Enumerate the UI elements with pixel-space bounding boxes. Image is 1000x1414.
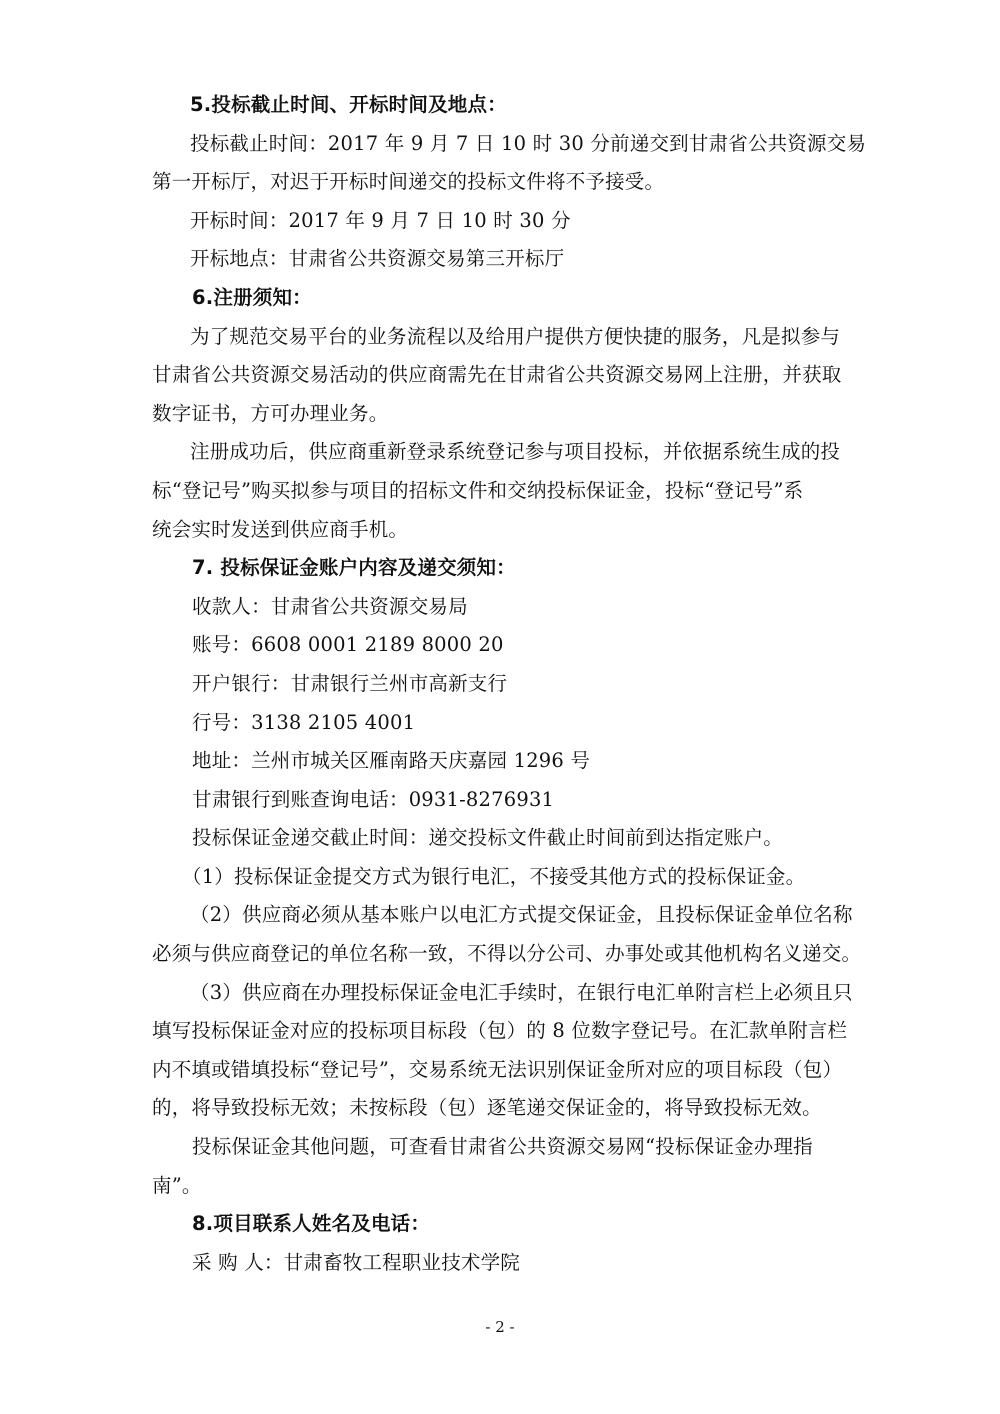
registration-paragraph-1: 数字证书，方可办理业务。 — [152, 395, 848, 434]
account-number: 账号：6608 0001 2189 8000 20 — [152, 626, 848, 665]
bid-deadline: 投标截止时间：2017 年 9 月 7 日 10 时 30 分前递交到甘肃省公共… — [152, 125, 848, 164]
rule-item-3: 的，将导致投标无效；未按标段（包）逐笔递交保证金的，将导致投标无效。 — [152, 1089, 848, 1128]
other-issues: 南”。 — [152, 1167, 848, 1206]
opening-time: 开标时间：2017 年 9 月 7 日 10 时 30 分 — [152, 202, 848, 241]
section-7-heading: 7. 投标保证金账户内容及递交须知： — [152, 549, 848, 588]
rule-item-3: 填写投标保证金对应的投标项目标段（包）的 8 位数字登记号。在汇款单附言栏 — [152, 1012, 848, 1051]
bank-phone: 甘肃银行到账查询电话：0931-8276931 — [152, 781, 848, 820]
opening-place: 开标地点：甘肃省公共资源交易第三开标厅 — [152, 240, 848, 279]
section-6-heading: 6.注册须知： — [152, 279, 848, 318]
bank-address: 地址：兰州市城关区雁南路天庆嘉园 1296 号 — [152, 742, 848, 781]
registration-paragraph-2: 统会实时发送到供应商手机。 — [152, 511, 848, 550]
rule-item-2: 必须与供应商登记的单位名称一致，不得以分公司、办事处或其他机构名义递交。 — [152, 935, 848, 974]
section-5-heading: 5.投标截止时间、开标时间及地点： — [152, 86, 848, 125]
rule-item-3: （3）供应商在办理投标保证金电汇手续时，在银行电汇单附言栏上必须且只 — [152, 974, 848, 1013]
section-8-heading: 8.项目联系人姓名及电话： — [152, 1205, 848, 1244]
other-issues: 投标保证金其他问题，可查看甘肃省公共资源交易网“投标保证金办理指 — [152, 1128, 848, 1167]
bank-number: 行号：3138 2105 4001 — [152, 704, 848, 743]
registration-paragraph-1: 为了规范交易平台的业务流程以及给用户提供方便快捷的服务，凡是拟参与 — [152, 318, 848, 357]
rule-item-3: 内不填或错填投标“登记号”，交易系统无法识别保证金所对应的项目标段（包） — [152, 1051, 848, 1090]
registration-paragraph-2: 注册成功后，供应商重新登录系统登记参与项目投标，并依据系统生成的投 — [152, 433, 848, 472]
bank-name: 开户银行：甘肃银行兰州市高新支行 — [152, 665, 848, 704]
registration-paragraph-1: 甘肃省公共资源交易活动的供应商需先在甘肃省公共资源交易网上注册，并获取 — [152, 356, 848, 395]
bid-deadline-cont: 第一开标厅，对迟于开标时间递交的投标文件将不予接受。 — [152, 163, 848, 202]
registration-paragraph-2: 标“登记号”购买拟参与项目的招标文件和交纳投标保证金，投标“登记号”系 — [152, 472, 848, 511]
rule-item-2: （2）供应商必须从基本账户以电汇方式提交保证金，且投标保证金单位名称 — [152, 896, 848, 935]
purchaser: 采 购 人：甘肃畜牧工程职业技术学院 — [152, 1244, 848, 1283]
page-number: - 2 - — [0, 1318, 1000, 1336]
rule-item-1: （1）投标保证金提交方式为银行电汇，不接受其他方式的投标保证金。 — [152, 858, 848, 897]
deposit-deadline: 投标保证金递交截止时间：递交投标文件截止时间前到达指定账户。 — [152, 819, 848, 858]
payee: 收款人：甘肃省公共资源交易局 — [152, 588, 848, 627]
document-page: 5.投标截止时间、开标时间及地点： 投标截止时间：2017 年 9 月 7 日 … — [152, 86, 848, 1282]
